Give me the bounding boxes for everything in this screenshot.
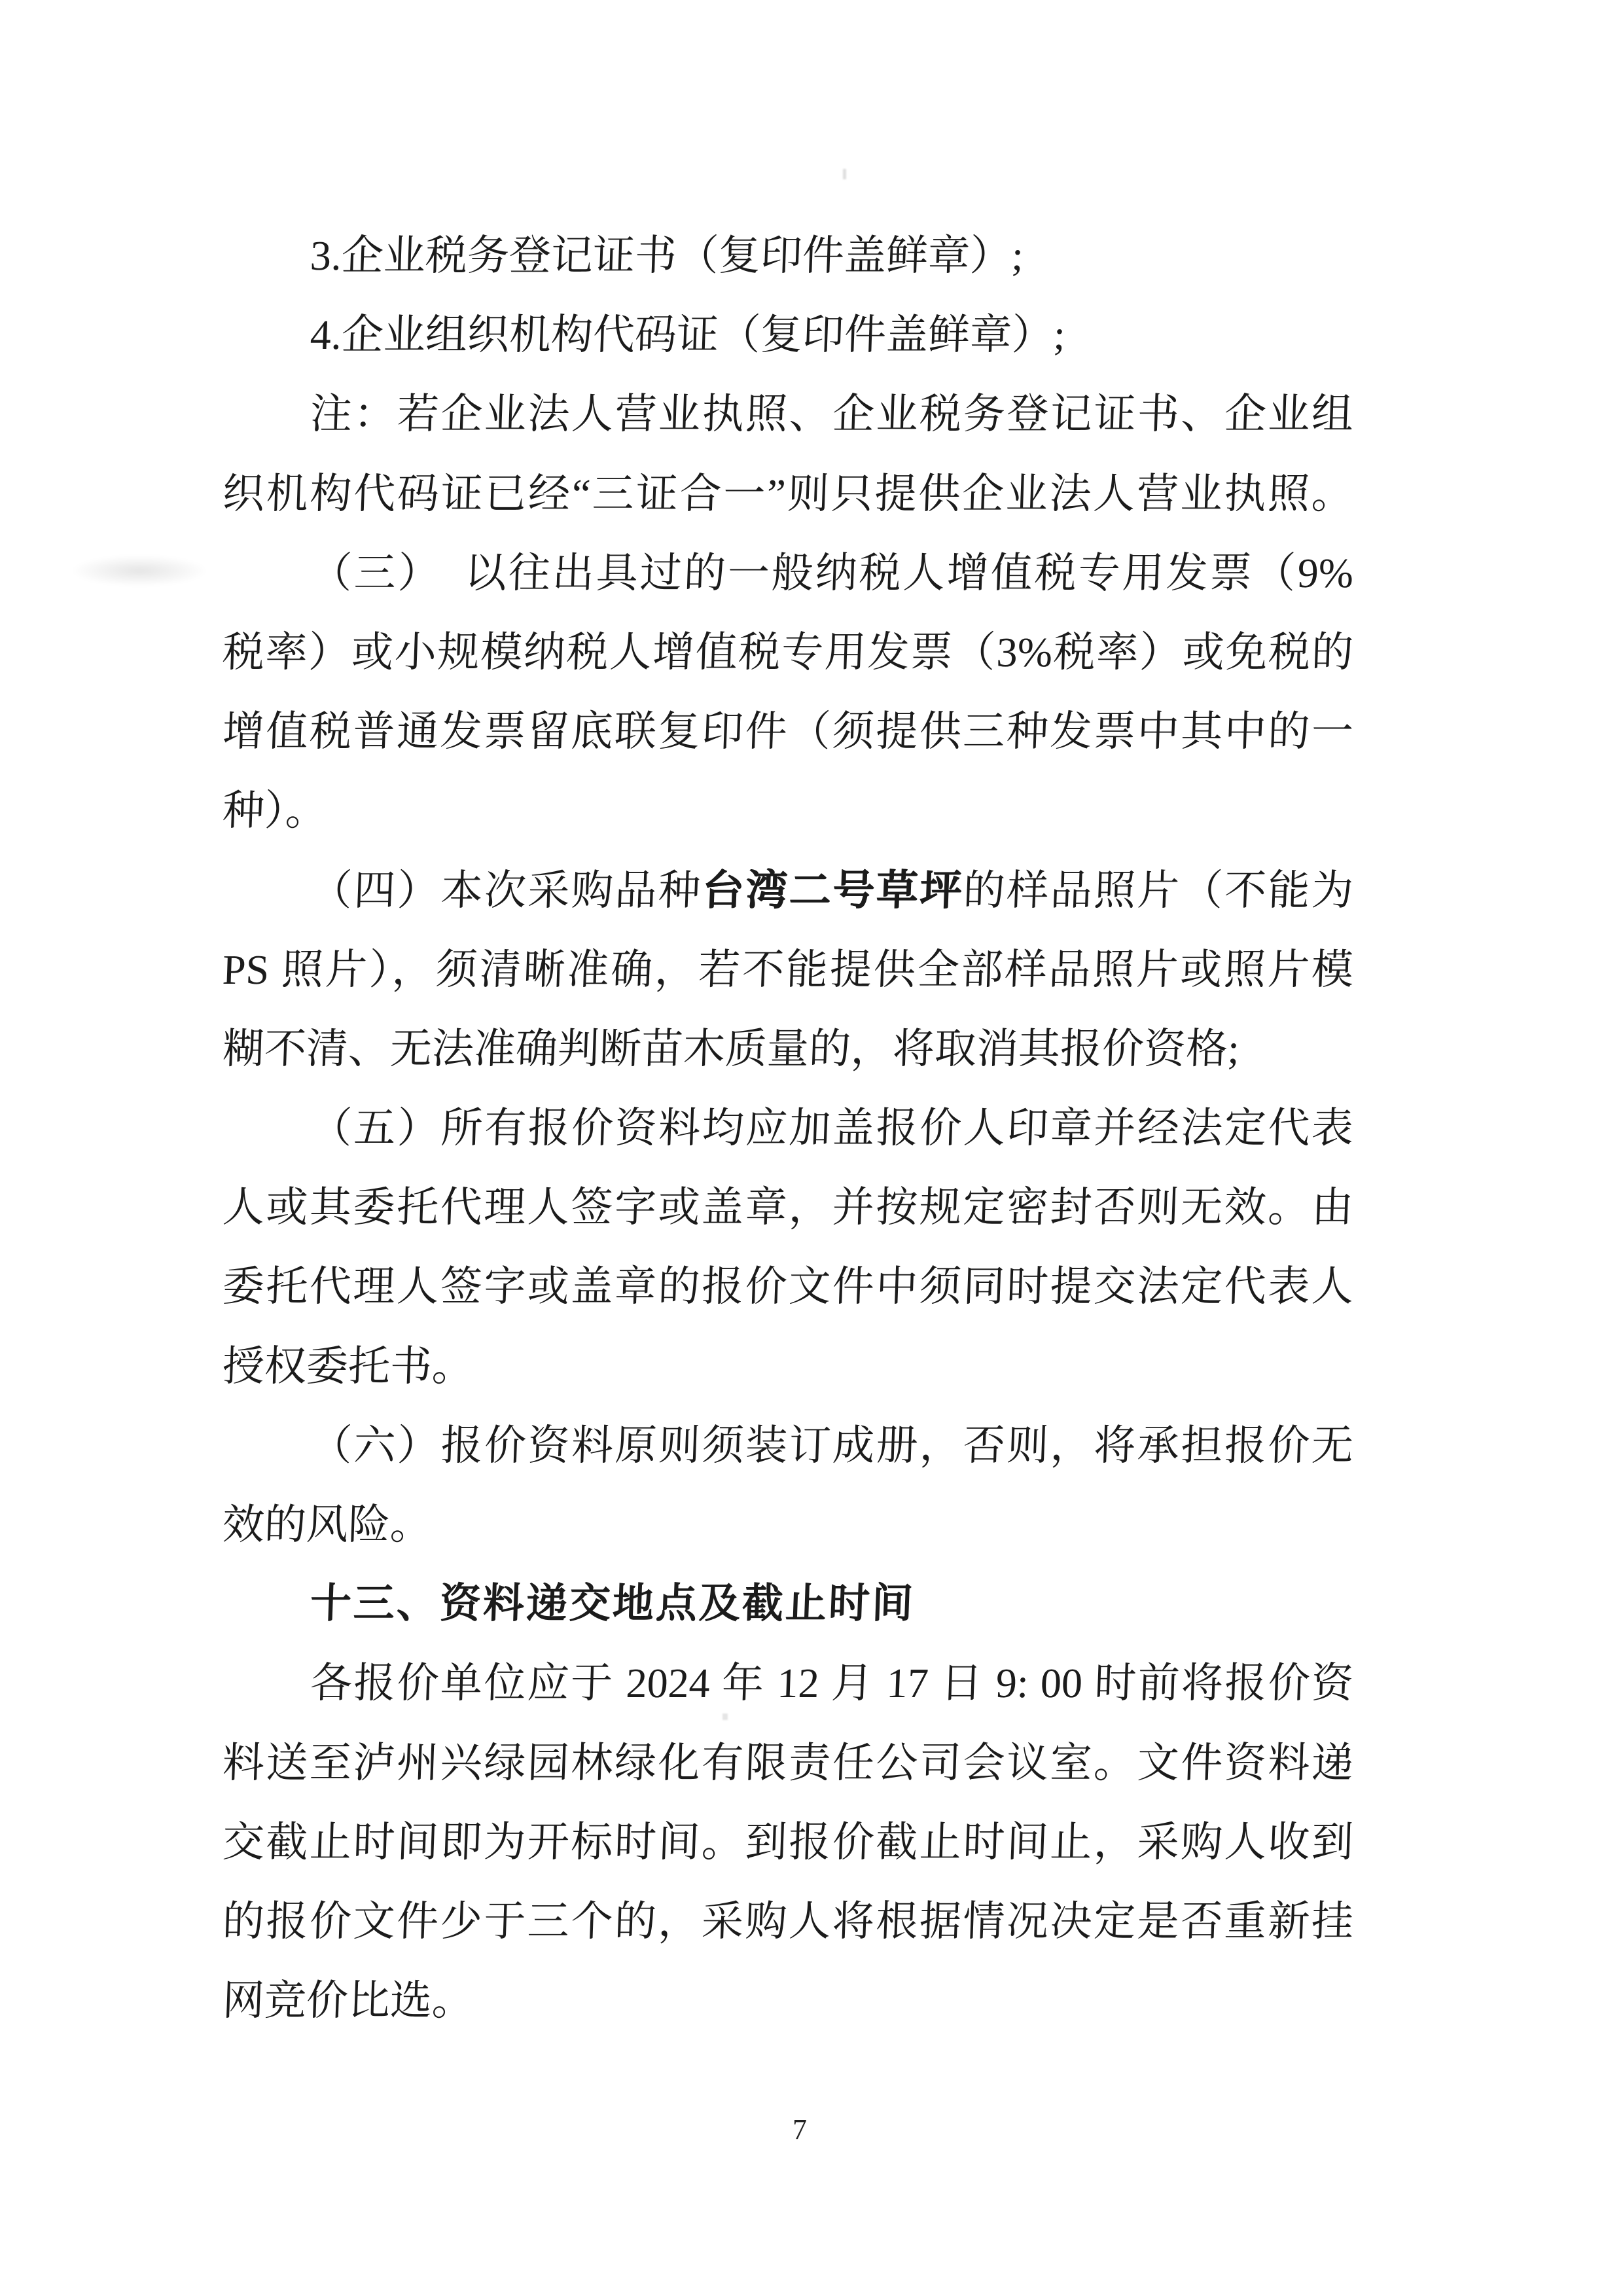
text-line: 注：若企业法人营业执照、企业税务登记证书、企业组: [221, 374, 1355, 454]
text-line: 委托代理人签字或盖章的报价文件中须同时提交法定代表人: [221, 1247, 1355, 1326]
section-heading: 十三、资料递交地点及截止时间: [221, 1564, 1355, 1643]
text-line: 交截止时间即为开标时间。到报价截止时间止，采购人收到: [221, 1803, 1355, 1882]
text-line: 4.企业组织机构代码证（复印件盖鲜章）;: [221, 295, 1355, 374]
document-body: 3.企业税务登记证书（复印件盖鲜章）;4.企业组织机构代码证（复印件盖鲜章）;注…: [223, 216, 1353, 2040]
scan-artifact-smudge: [71, 555, 208, 586]
page-number: 7: [0, 2113, 1611, 2146]
text-line: 3.企业税务登记证书（复印件盖鲜章）;: [221, 216, 1355, 295]
text-line: （六）报价资料原则须装订成册，否则，将承担报价无: [221, 1406, 1355, 1485]
emphasized-product-name: 台湾二号草坪: [701, 867, 964, 914]
text-line: （五）所有报价资料均应加盖报价人印章并经法定代表: [221, 1088, 1355, 1168]
text-line: 增值税普通发票留底联复印件（须提供三种发票中其中的一: [221, 692, 1355, 771]
text-line: 效的风险。: [221, 1485, 1355, 1564]
text-line: 授权委托书。: [221, 1327, 1355, 1406]
text-line: （四）本次采购品种台湾二号草坪的样品照片（不能为: [221, 851, 1355, 930]
text-line: 糊不清、无法准确判断苗木质量的，将取消其报价资格;: [221, 1009, 1355, 1088]
text-line: （三） 以往出具过的一般纳税人增值税专用发票（9%: [221, 533, 1355, 613]
text-segment: （四）本次采购品种: [310, 867, 703, 914]
text-line: 各报价单位应于 2024 年 12 月 17 日 9: 00 时前将报价资: [221, 1643, 1355, 1723]
text-segment: 的样品照片（不能为: [963, 867, 1355, 914]
text-line: PS 照片），须清晰准确，若不能提供全部样品照片或照片模: [221, 930, 1355, 1009]
text-line: 种）。: [221, 771, 1355, 850]
document-page: 3.企业税务登记证书（复印件盖鲜章）;4.企业组织机构代码证（复印件盖鲜章）;注…: [0, 0, 1623, 2296]
text-line: 人或其委托代理人签字或盖章，并按规定密封否则无效。由: [221, 1168, 1355, 1247]
scan-artifact-speck: [843, 169, 846, 179]
text-line: 织机构代码证已经“三证合一”则只提供企业法人营业执照。: [221, 454, 1355, 533]
text-line: 税率）或小规模纳税人增值税专用发票（3%税率）或免税的: [221, 613, 1355, 692]
text-line: 网竞价比选。: [221, 1961, 1355, 2040]
text-line: 的报价文件少于三个的，采购人将根据情况决定是否重新挂: [221, 1882, 1355, 1961]
text-line: 料送至泸州兴绿园林绿化有限责任公司会议室。文件资料递: [221, 1723, 1355, 1803]
